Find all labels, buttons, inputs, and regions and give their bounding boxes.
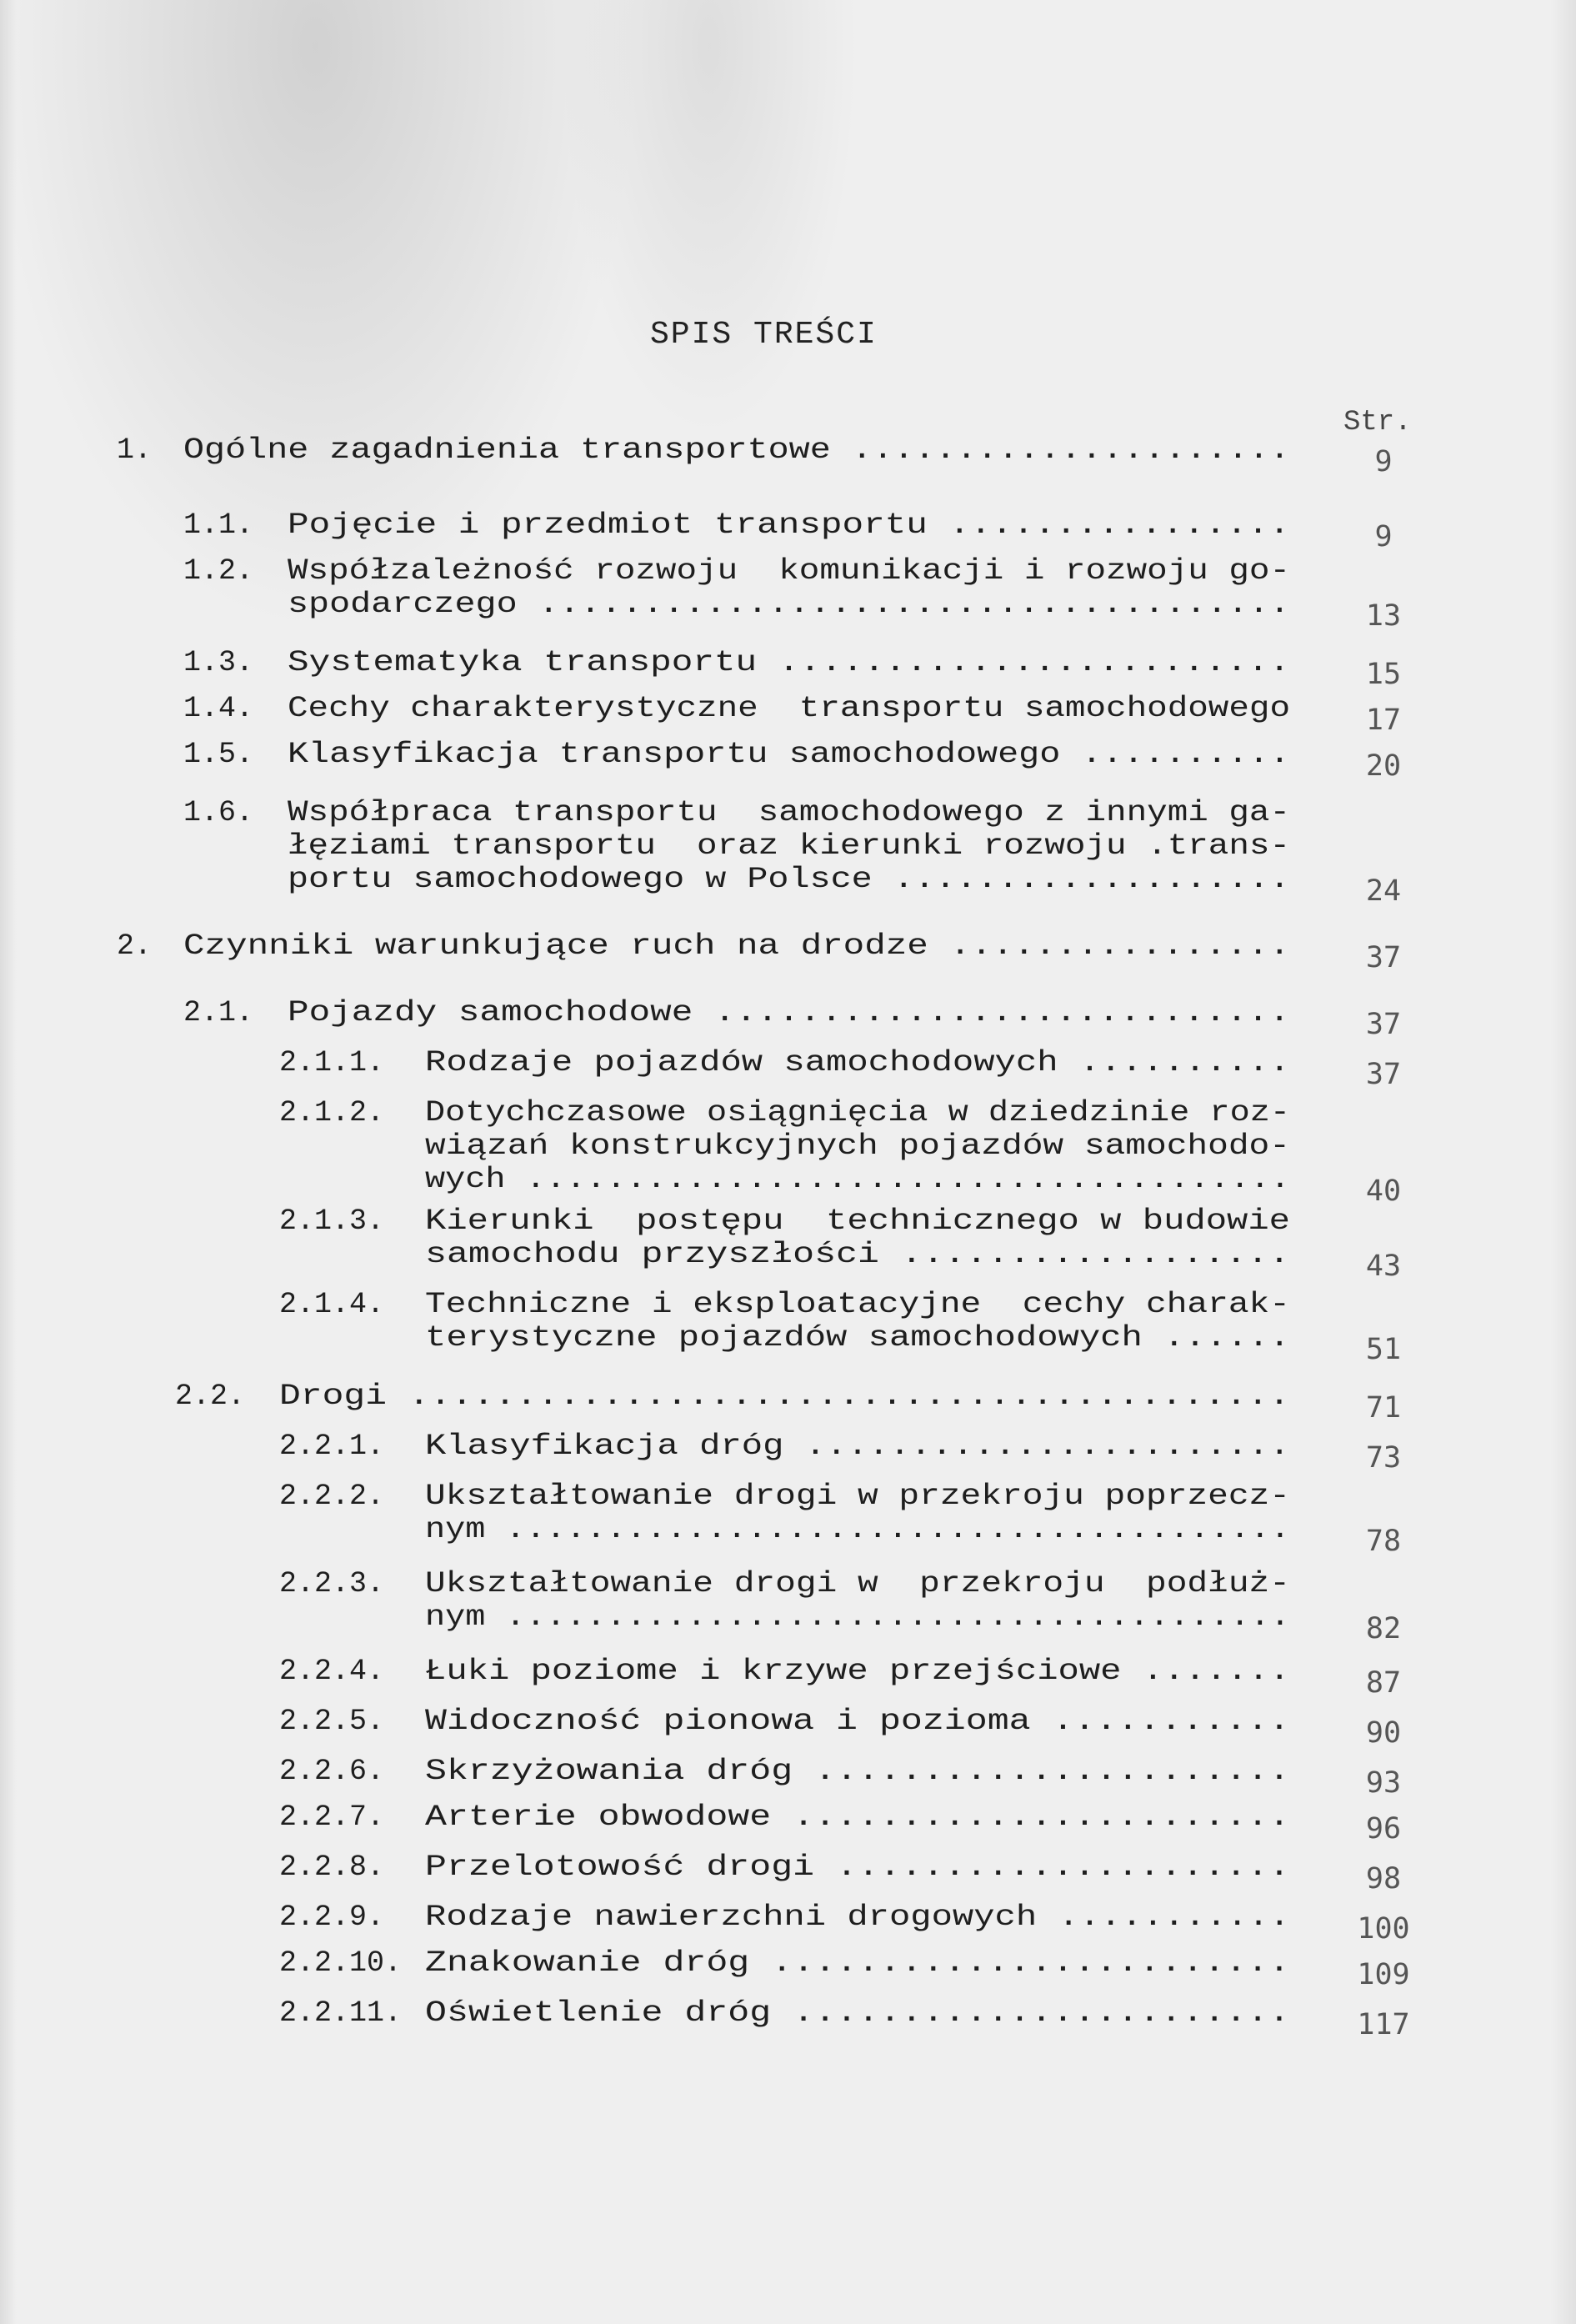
toc-entry-number: 2.2.2. [279,1480,384,1513]
toc-entry-page-number: 15 [1346,658,1421,691]
toc-entry-title: Drogi ..................................… [279,1380,1102,1413]
toc-entry-page-number: 37 [1346,1058,1421,1091]
toc-entry-page-number: 73 [1346,1441,1421,1475]
toc-entry-title: Łuki poziome i krzywe przejściowe ......… [425,1655,1143,1688]
toc-entry-page-number: 37 [1346,941,1421,974]
toc-entry-title: Skrzyżowania dróg ...................... [425,1755,1125,1788]
toc-entry-page-number: 98 [1346,1862,1421,1896]
toc-entry-title-line: Cechy charakterystyczne transportu samoc… [288,692,1290,725]
toc-entry-title-line: Klasyfikacja dróg ......................… [425,1430,1290,1463]
toc-entry-title: Pojazdy samochodowe ....................… [288,996,1110,1029]
toc-entry-number: 2.1. [183,996,253,1029]
toc-entry-number: 2.1.3. [279,1205,384,1238]
toc-entry-title-line: wych ...................................… [425,1163,1290,1196]
toc-entry-page-number: 17 [1346,704,1421,737]
toc-entry-title: Ogólne zagadnienia transportowe ........… [183,433,1111,467]
document-page: SPIS TREŚCI Str. 1.Ogólne zagadnienia tr… [0,0,1576,2324]
toc-entry-number: 2.2.11. [279,1996,402,2030]
toc-entry-title-line: Arterie obwodowe ....................... [425,1801,1290,1834]
toc-entry-title-line: Współpraca transportu samochodowego z in… [288,796,1290,829]
toc-entry-title: Techniczne i eksploatacyjne cechy charak… [425,1288,1160,1355]
toc-entry-title: Pojęcie i przedmiot transportu .........… [288,508,1110,542]
toc-entry-title: Systematyka transportu .................… [288,646,1110,679]
toc-entry-number: 1.3. [183,646,253,679]
toc-entry-number: 2.2.9. [279,1901,384,1934]
toc-entry-page-number: 43 [1346,1250,1421,1283]
toc-entry-page-number: 78 [1346,1525,1421,1558]
toc-entry-page-number: 51 [1346,1333,1421,1366]
toc-entry-page-number: 40 [1346,1175,1421,1208]
toc-entry-title-line: Znakowanie dróg ........................ [425,1946,1290,1980]
toc-entry-title-line: wiązań konstrukcyjnych pojazdów samochod… [425,1129,1311,1163]
toc-entry-page-number: 9 [1346,445,1421,478]
toc-entry-title-line: Ukształtowanie drogi w przekroju podłuż- [425,1567,1311,1600]
toc-entry-title-line: samochodu przyszłości .................. [425,1238,1312,1271]
toc-entry-title-line: łęziami transportu oraz kierunki rozwoju… [288,829,1290,863]
toc-entry-title: Widoczność pionowa i pozioma ........... [425,1705,1125,1738]
toc-entry-page-number: 100 [1346,1912,1421,1946]
toc-entry-title-line: Techniczne i eksploatacyjne cechy charak… [425,1288,1290,1321]
toc-entry-title: Przelotowość drogi ..................... [425,1851,1125,1884]
toc-entry-page-number: 9 [1346,520,1421,553]
toc-entry-title: Arterie obwodowe ....................... [425,1801,1125,1834]
toc-entry-title-line: Rodzaje nawierzchni drogowych ..........… [425,1901,1290,1934]
toc-entry-page-number: 37 [1346,1008,1421,1041]
toc-entry-title-line: nym ....................................… [425,1513,1290,1546]
toc-entry-number: 2.2. [175,1380,245,1413]
toc-entry-title-line: portu samochodowego w Polsce ...........… [288,863,1311,896]
toc-entry-title: Cechy charakterystyczne transportu samoc… [288,692,1145,725]
toc-entry-title-line: Widoczność pionowa i pozioma ........... [425,1705,1290,1738]
toc-entry-title: Klasyfikacja dróg ......................… [425,1430,1143,1463]
toc-entry-title-line: Czynniki warunkujące ruch na drodze ....… [183,929,1290,963]
toc-entry-number: 2.2.10. [279,1946,402,1980]
toc-entry-title-line: Oświetlenie dróg ....................... [425,1996,1290,2030]
page-title: SPIS TREŚCI [650,317,878,353]
toc-entry-title-line: spodarczego ............................… [288,588,1311,621]
toc-entry-title: Ukształtowanie drogi w przekroju poprzec… [425,1480,1178,1546]
toc-entry-number: 2.2.5. [279,1705,384,1738]
toc-entry-page-number: 13 [1346,599,1421,633]
toc-entry-title: Klasyfikacja transportu samochodowego ..… [288,738,1128,771]
toc-entry-page-number: 117 [1346,2008,1421,2041]
toc-entry-number: 1.4. [183,692,253,725]
toc-entry-number: 2.1.1. [279,1046,384,1079]
toc-entry-number: 1.1. [183,508,253,542]
toc-entry-page-number: 109 [1346,1958,1421,1991]
toc-entry-title: Dotychczasowe osiągnięcia w dziedzinie r… [425,1096,1178,1196]
toc-entry-title-line: Drogi ..................................… [279,1380,1290,1413]
toc-entry-number: 2.1.2. [279,1096,384,1129]
toc-entry-number: 2.2.8. [279,1851,384,1884]
toc-entry-number: 2.1.4. [279,1288,384,1321]
toc-entry-title: Czynniki warunkujące ruch na drodze ....… [183,929,1093,963]
toc-entry-title: Ukształtowanie drogi w przekroju podłuż-… [425,1567,1178,1634]
toc-entry-title-line: Przelotowość drogi ..................... [425,1851,1290,1884]
toc-entry-page-number: 20 [1346,749,1421,783]
toc-entry-title-line: terystyczne pojazdów samochodowych .....… [425,1321,1311,1355]
toc-entry-page-number: 24 [1346,874,1421,908]
toc-entry-title-line: Skrzyżowania dróg ...................... [425,1755,1290,1788]
toc-entry-title: Rodzaje pojazdów samochodowych .........… [425,1046,1143,1079]
toc-entry-number: 2. [117,929,152,963]
toc-entry-title-line: Dotychczasowe osiągnięcia w dziedzinie r… [425,1096,1290,1129]
toc-entry-title-line: Systematyka transportu .................… [288,646,1290,679]
page-column-label: Str. [1343,407,1412,438]
toc-entry-number: 2.2.6. [279,1755,384,1788]
toc-entry-title: Kierunki postępu technicznego w budowies… [425,1205,1143,1271]
toc-entry-number: 2.2.1. [279,1430,384,1463]
toc-entry-page-number: 96 [1346,1812,1421,1846]
toc-entry-title: Oświetlenie dróg ....................... [425,1996,1125,2030]
toc-entry-title: Współzależność rozwoju komunikacji i roz… [288,554,1145,621]
toc-entry-page-number: 87 [1346,1666,1421,1700]
toc-entry-title-line: Pojazdy samochodowe ....................… [288,996,1290,1029]
toc-entry-page-number: 93 [1346,1766,1421,1800]
toc-entry-number: 2.2.3. [279,1567,384,1600]
toc-entry-title-line: Współzależność rozwoju komunikacji i roz… [288,554,1290,588]
toc-entry-title: Współpraca transportu samochodowego z in… [288,796,1145,896]
toc-entry-number: 2.2.7. [279,1801,384,1834]
toc-entry-title: Rodzaje nawierzchni drogowych ..........… [425,1901,1143,1934]
toc-entry-title-line: Klasyfikacja transportu samochodowego ..… [288,738,1290,771]
toc-entry-number: 1.2. [183,554,253,588]
toc-entry-number: 1.6. [183,796,253,829]
toc-entry-number: 1. [117,433,152,467]
toc-entry-page-number: 71 [1346,1391,1421,1425]
toc-entry-title-line: Rodzaje pojazdów samochodowych .........… [425,1046,1290,1079]
toc-entry-title-line: Kierunki postępu technicznego w budowie [425,1205,1290,1238]
toc-entry-number: 1.5. [183,738,253,771]
toc-entry-title: Znakowanie dróg ........................ [425,1946,1125,1980]
toc-entry-title-line: nym ....................................… [425,1600,1290,1634]
toc-entry-title-line: Łuki poziome i krzywe przejściowe ......… [425,1655,1290,1688]
toc-entry-title-line: Ukształtowanie drogi w przekroju poprzec… [425,1480,1311,1513]
toc-entry-title-line: Ogólne zagadnienia transportowe ........… [183,433,1290,467]
toc-entry-title-line: Pojęcie i przedmiot transportu .........… [288,508,1290,542]
toc-entry-number: 2.2.4. [279,1655,384,1688]
toc-entry-page-number: 90 [1346,1716,1421,1750]
toc-entry-page-number: 82 [1346,1612,1421,1645]
